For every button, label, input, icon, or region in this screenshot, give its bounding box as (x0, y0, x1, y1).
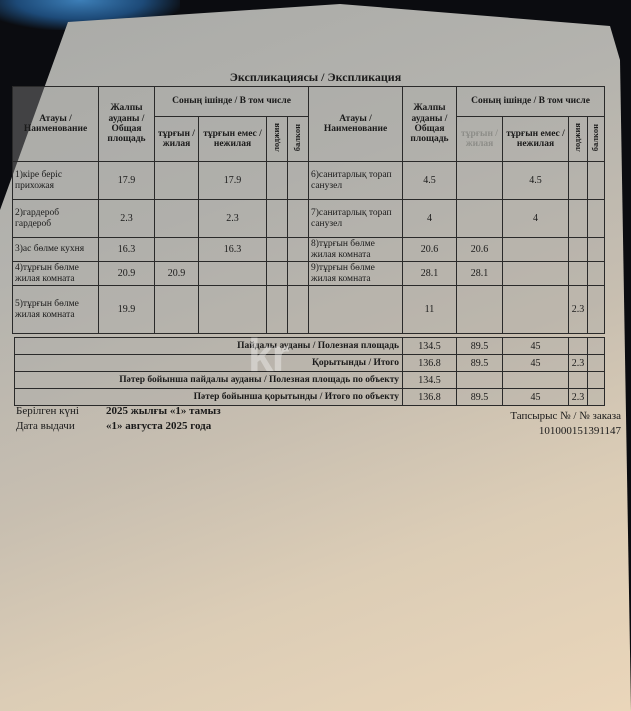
summary-balcony (588, 355, 605, 372)
room-total: 11 (403, 286, 457, 334)
room-row: 9)тұрғын бөлме жилая комната28.128.1 (309, 262, 605, 286)
summary-loggia (569, 372, 588, 389)
room-name: 1)кіре беріс прихожая (13, 162, 99, 200)
summary-balcony (588, 372, 605, 389)
header-name-right: Атауы / Наименование (309, 87, 403, 162)
summary-living: 89.5 (457, 355, 503, 372)
explication-table-left: Атауы / Наименование Жалпы ауданы / Обща… (12, 86, 309, 334)
summary-non-living: 45 (503, 389, 569, 406)
room-row: 4)тұрғын бөлме жилая комната20.920.9 (13, 262, 309, 286)
room-balcony (288, 238, 309, 262)
room-row: 6)санитарлық торап санузел4.54.5 (309, 162, 605, 200)
header-total-area: Жалпы ауданы / Общая площадь (99, 87, 155, 162)
room-balcony (588, 200, 605, 238)
room-loggia (267, 162, 288, 200)
summary-loggia: 2.3 (569, 389, 588, 406)
summary-label: Пәтер бойынша қорытынды / Итого по объек… (15, 389, 403, 406)
header-total-area-right: Жалпы ауданы / Общая площадь (403, 87, 457, 162)
summary-row: Пәтер бойынша қорытынды / Итого по объек… (15, 389, 605, 406)
room-loggia (267, 238, 288, 262)
room-living (155, 238, 199, 262)
room-loggia (267, 262, 288, 286)
issue-date-kz: 2025 жылғы «1» тамыз (106, 405, 221, 417)
summary-balcony (588, 338, 605, 355)
room-balcony (288, 200, 309, 238)
room-total: 28.1 (403, 262, 457, 286)
room-name: 8)тұрғын бөлме жилая комната (309, 238, 403, 262)
room-balcony (588, 238, 605, 262)
room-name: 9)тұрғын бөлме жилая комната (309, 262, 403, 286)
room-non-living (199, 262, 267, 286)
room-non-living (503, 238, 569, 262)
order-number: 101000151391147 (539, 425, 621, 437)
room-living (457, 200, 503, 238)
summary-total: 134.5 (403, 338, 457, 355)
room-living (457, 286, 503, 334)
room-loggia (267, 286, 288, 334)
room-row: 1)кіре беріс прихожая17.917.9 (13, 162, 309, 200)
room-total: 20.6 (403, 238, 457, 262)
issue-date-ru: «1» августа 2025 года (106, 420, 211, 432)
room-non-living (503, 286, 569, 334)
summary-row: Пәтер бойынша пайдалы ауданы / Полезная … (15, 372, 605, 389)
room-total: 4.5 (403, 162, 457, 200)
summary-loggia: 2.3 (569, 355, 588, 372)
room-living (457, 162, 503, 200)
summary-balcony (588, 389, 605, 406)
room-living (155, 200, 199, 238)
room-non-living: 17.9 (199, 162, 267, 200)
header-non-living-right: тұрғын емес / нежилая (503, 117, 569, 162)
header-living: тұрғын / жилая (155, 117, 199, 162)
header-loggia-right: лоджия (569, 117, 588, 162)
room-name: 3)ас бөлме кухня (13, 238, 99, 262)
room-living: 28.1 (457, 262, 503, 286)
room-row: 7)санитарлық торап санузел44 (309, 200, 605, 238)
summary-non-living: 45 (503, 338, 569, 355)
summary-table: Пайдалы ауданы / Полезная площадь134.589… (14, 337, 605, 406)
summary-label: Пайдалы ауданы / Полезная площадь (15, 338, 403, 355)
room-balcony (288, 162, 309, 200)
room-balcony (588, 262, 605, 286)
summary-total: 136.8 (403, 355, 457, 372)
summary-non-living (503, 372, 569, 389)
summary-total: 136.8 (403, 389, 457, 406)
room-name: 4)тұрғын бөлме жилая комната (13, 262, 99, 286)
room-name (309, 286, 403, 334)
header-loggia: лоджия (267, 117, 288, 162)
issue-date-label-kz: Берілген күні (16, 405, 79, 417)
room-name: 7)санитарлық торап санузел (309, 200, 403, 238)
room-row: 8)тұрғын бөлме жилая комната20.620.6 (309, 238, 605, 262)
room-non-living: 2.3 (199, 200, 267, 238)
summary-label: Қорытынды / Итого (15, 355, 403, 372)
header-living-right: тұрғын / жилая (457, 117, 503, 162)
watermark-logo: kr (248, 328, 287, 382)
summary-living (457, 372, 503, 389)
room-loggia (267, 200, 288, 238)
room-row: 2)гардероб гардероб2.32.3 (13, 200, 309, 238)
room-total: 2.3 (99, 200, 155, 238)
room-non-living: 16.3 (199, 238, 267, 262)
room-row: 5)тұрғын бөлме жилая комната19.9 (13, 286, 309, 334)
header-including-right: Соның ішінде / В том числе (457, 87, 605, 117)
room-non-living (199, 286, 267, 334)
room-balcony (588, 162, 605, 200)
issue-date-label-ru: Дата выдачи (16, 420, 75, 432)
room-balcony (288, 286, 309, 334)
room-name: 2)гардероб гардероб (13, 200, 99, 238)
header-balcony: балкон (288, 117, 309, 162)
summary-loggia (569, 338, 588, 355)
room-row: 112.3 (309, 286, 605, 334)
room-total: 17.9 (99, 162, 155, 200)
room-living: 20.9 (155, 262, 199, 286)
room-balcony (288, 262, 309, 286)
summary-living: 89.5 (457, 389, 503, 406)
room-living (155, 162, 199, 200)
room-living (155, 286, 199, 334)
explication-table-right: Атауы / Наименование Жалпы ауданы / Обща… (308, 86, 605, 334)
order-label: Тапсырыс № / № заказа (510, 410, 621, 422)
summary-living: 89.5 (457, 338, 503, 355)
room-total: 20.9 (99, 262, 155, 286)
summary-row: Қорытынды / Итого136.889.5452.3 (15, 355, 605, 372)
room-row: 3)ас бөлме кухня16.316.3 (13, 238, 309, 262)
room-loggia: 2.3 (569, 286, 588, 334)
summary-non-living: 45 (503, 355, 569, 372)
room-total: 19.9 (99, 286, 155, 334)
room-non-living: 4 (503, 200, 569, 238)
room-living: 20.6 (457, 238, 503, 262)
summary-label: Пәтер бойынша пайдалы ауданы / Полезная … (15, 372, 403, 389)
header-balcony-right: балкон (588, 117, 605, 162)
header-name: Атауы / Наименование (13, 87, 99, 162)
room-non-living: 4.5 (503, 162, 569, 200)
header-including: Соның ішінде / В том числе (155, 87, 309, 117)
room-total: 4 (403, 200, 457, 238)
room-loggia (569, 238, 588, 262)
summary-row: Пайдалы ауданы / Полезная площадь134.589… (15, 338, 605, 355)
room-name: 5)тұрғын бөлме жилая комната (13, 286, 99, 334)
document-title: Экспликациясы / Экспликация (0, 70, 631, 85)
room-balcony (588, 286, 605, 334)
room-name: 6)санитарлық торап санузел (309, 162, 403, 200)
room-total: 16.3 (99, 238, 155, 262)
room-non-living (503, 262, 569, 286)
room-loggia (569, 200, 588, 238)
room-loggia (569, 262, 588, 286)
room-loggia (569, 162, 588, 200)
header-non-living: тұрғын емес / нежилая (199, 117, 267, 162)
summary-total: 134.5 (403, 372, 457, 389)
